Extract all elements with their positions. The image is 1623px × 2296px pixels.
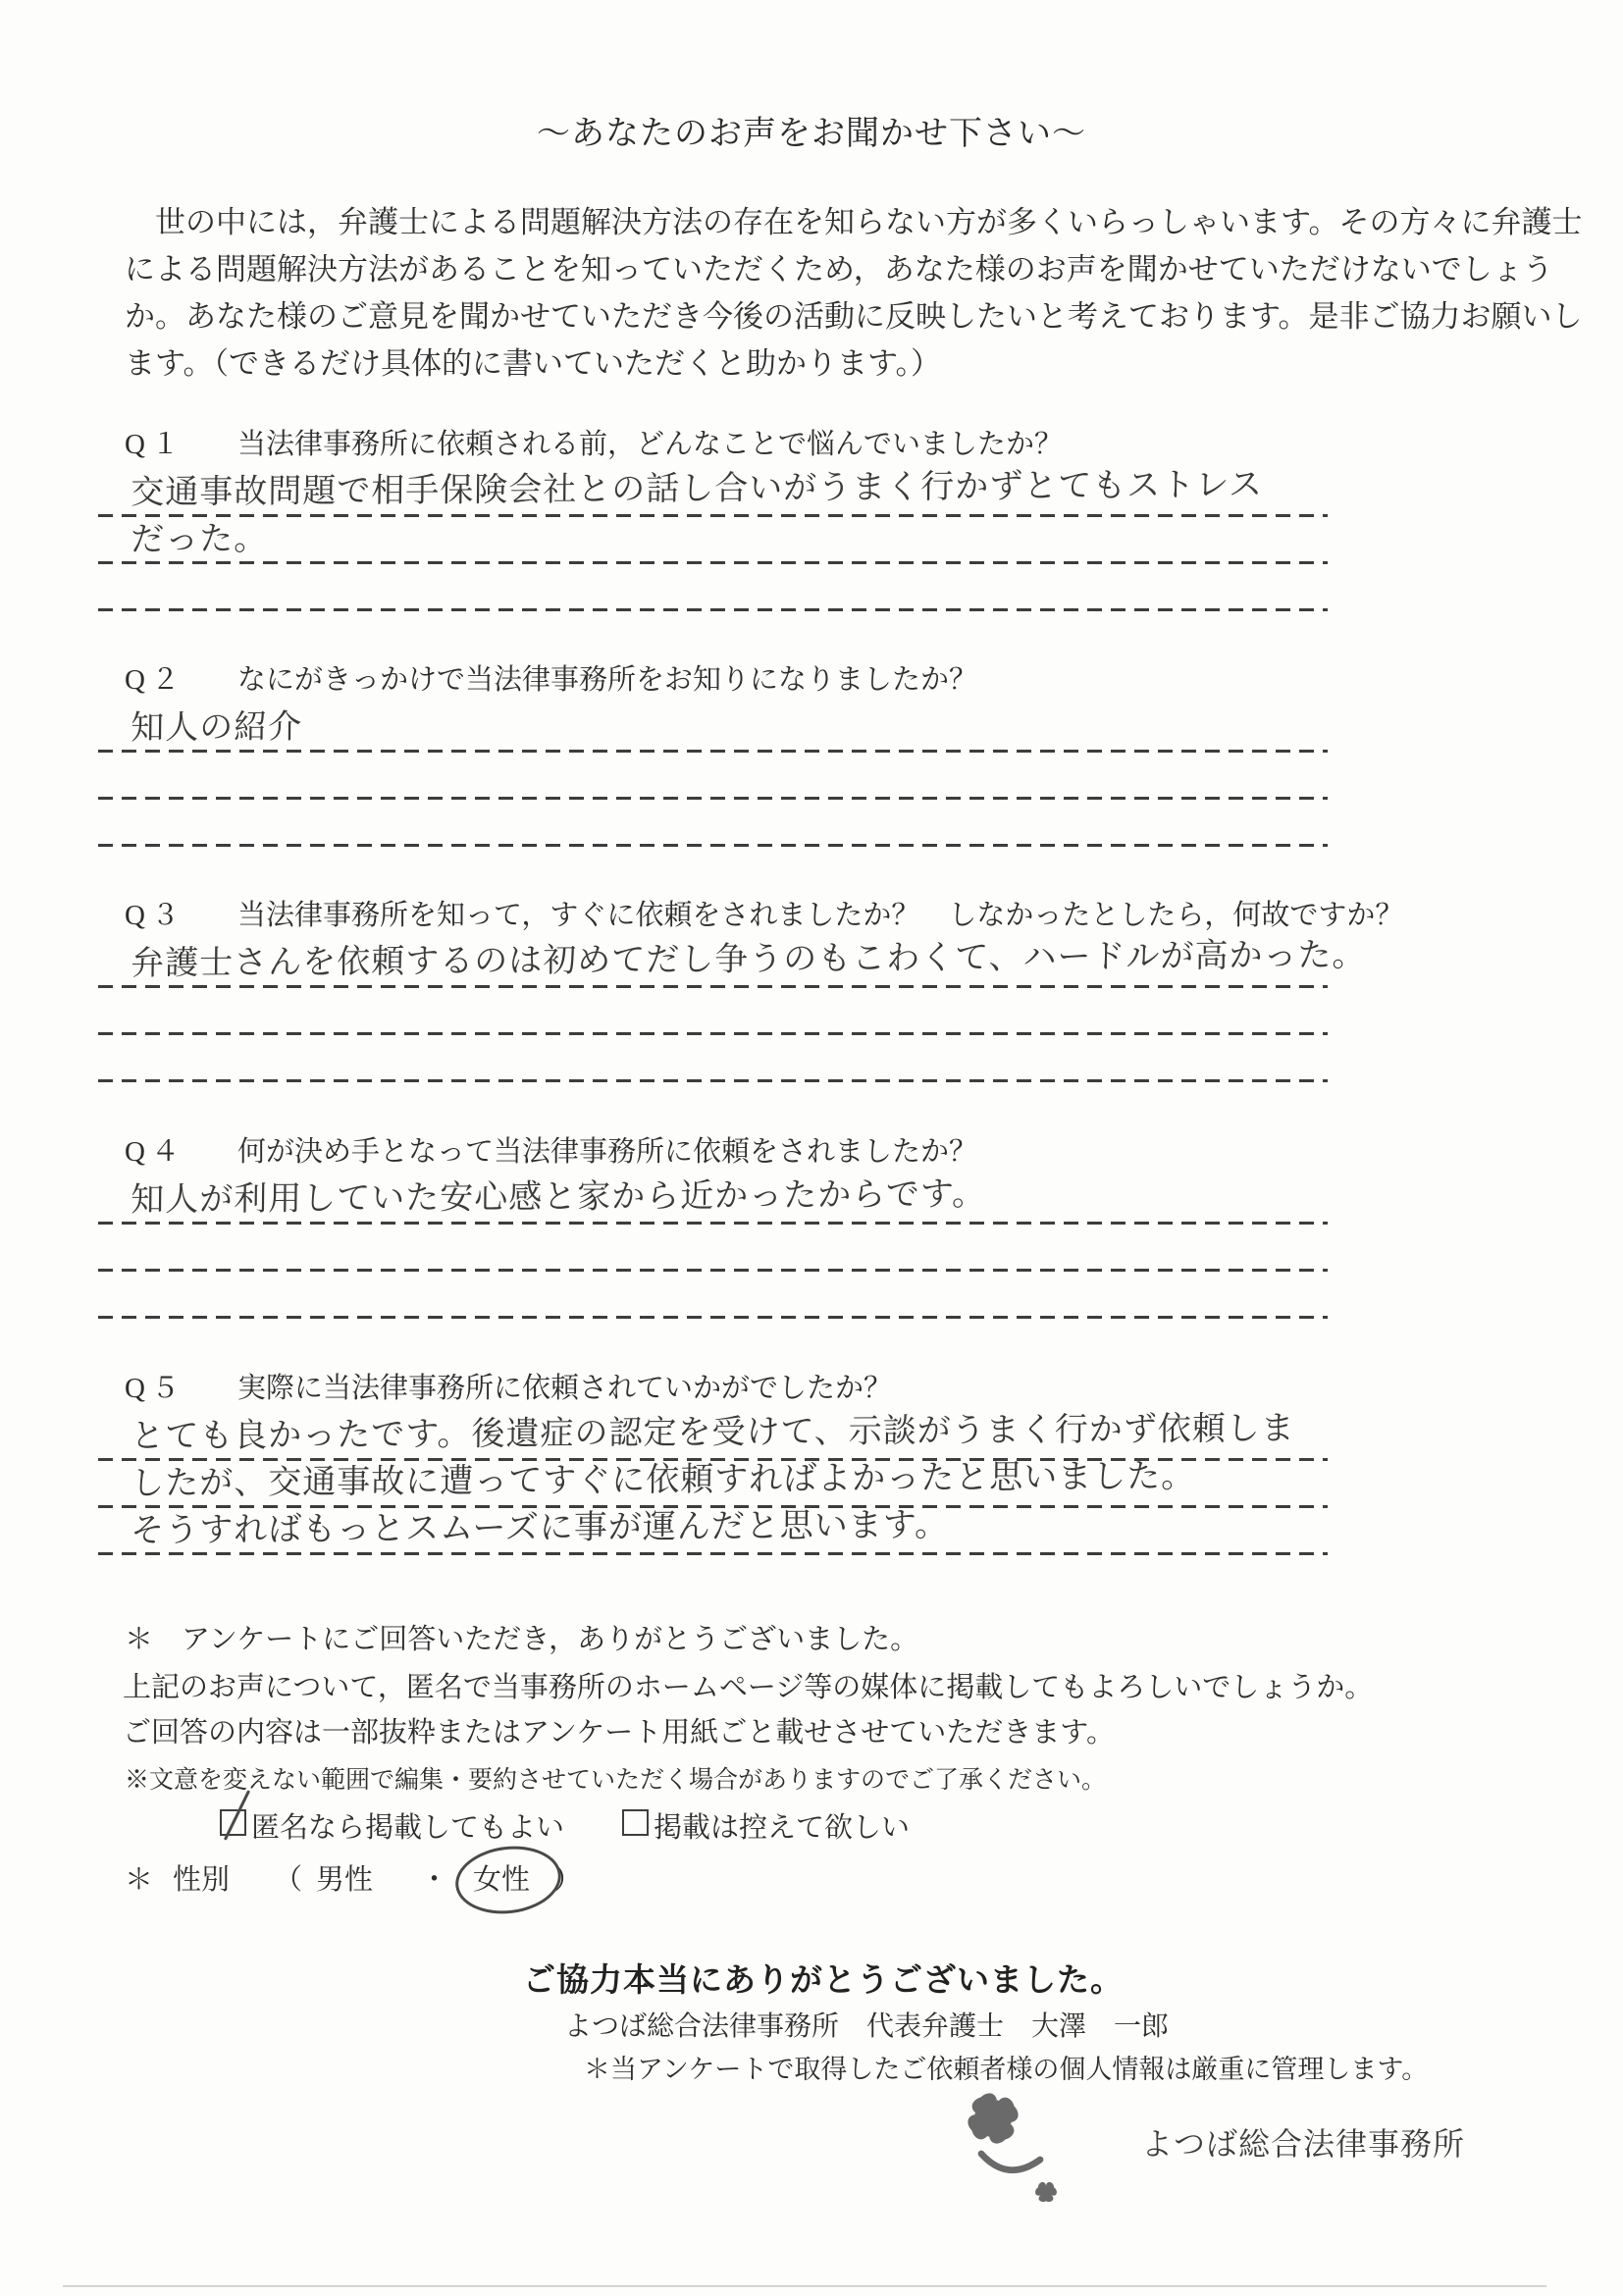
- closing-thanks: ご協力本当にありがとうございました。: [523, 1955, 1124, 2001]
- answer-line: 知人の紹介: [125, 705, 1577, 753]
- question-line: Q４何が決め手となって当法律事務所に依頼をされましたか？: [125, 1132, 1577, 1172]
- answer-area: 知人の紹介: [125, 705, 1577, 847]
- handwritten-answer: したが、交通事故に遭ってすぐに依頼すればよかったと思いました。: [131, 1448, 1195, 1504]
- question-block-q5: Q５実際に当法律事務所に依頼されていかがでしたか？ とても良かったです。後遺症の…: [125, 1369, 1577, 1555]
- dashed-answer-rule: [98, 1552, 1328, 1555]
- question-text: 何が決め手となって当法律事務所に依頼をされましたか？: [237, 1136, 977, 1168]
- handwritten-answer: そうすればもっとスムーズに事が運んだと思います。: [131, 1497, 949, 1551]
- intro-line: による問題解決方法があることを知っていただくため，あなた様のお声を聞かせていただ…: [125, 246, 1597, 293]
- gender-asterisk: ＊: [125, 1857, 153, 1898]
- question-number: Q３: [125, 896, 237, 935]
- intro-line: か。あなた様のご意見を聞かせていただき今後の活動に反映したいと考えております。是…: [125, 293, 1597, 340]
- intro-paragraph: 世の中には，弁護士による問題解決方法の存在を知らない方が多くいらっしゃいます。そ…: [125, 199, 1597, 388]
- question-line: Q１当法律事務所に依頼される前，どんなことで悩んでいましたか？: [125, 425, 1577, 464]
- answer-area: 知人が利用していた安心感と家から近かったからです。: [125, 1177, 1577, 1319]
- question-number: Q２: [125, 660, 237, 700]
- answer-line: [125, 1225, 1577, 1272]
- intro-line: 世の中には，弁護士による問題解決方法の存在を知らない方が多くいらっしゃいます。そ…: [125, 199, 1597, 246]
- answer-area: 交通事故問題で相手保険会社との話し合いがうまく行かずとてもストレス だった。: [125, 470, 1577, 611]
- survey-thanks-note: アンケートにご回答いただき，ありがとうございました。: [182, 1617, 918, 1657]
- answer-line: 弁護士さんを依頼するのは初めてだし争うのもこわくて、ハードルが高かった。: [125, 941, 1577, 988]
- answer-line: [125, 800, 1577, 847]
- intro-line: ます。（できるだけ具体的に書いていただくと助かります。）: [125, 340, 1597, 388]
- consent-option-allow-label: 匿名なら掲載してもよい: [251, 1805, 564, 1846]
- answer-line: 交通事故問題で相手保険会社との話し合いがうまく行かずとてもストレス: [125, 470, 1577, 517]
- publish-request-note: 上記のお声について，匿名で当事務所のホームページ等の媒体に掲載してもよろしいでし…: [123, 1665, 1373, 1705]
- dashed-answer-rule: [98, 608, 1328, 611]
- firm-signature: よつば総合法律事務所 代表弁護士 大澤 一郎: [564, 2005, 1169, 2044]
- handwritten-answer: 知人の紹介: [131, 700, 303, 749]
- answer-line: [125, 564, 1577, 611]
- answer-line: [125, 988, 1577, 1035]
- handwritten-answer: 知人が利用していた安心感と家から近かったからです。: [131, 1167, 986, 1221]
- question-number: Q４: [125, 1132, 237, 1172]
- note-asterisk: ＊: [125, 1617, 153, 1657]
- handwritten-answer: だった。: [131, 511, 269, 560]
- handwritten-answer: 弁護士さんを依頼するのは初めてだし争うのもこわくて、ハードルが高かった。: [131, 927, 1367, 984]
- question-text: 当法律事務所を知って，すぐに依頼をされましたか？ しなかったとしたら，何故ですか…: [237, 900, 1403, 931]
- question-text: 実際に当法律事務所に依頼されていかがでしたか？: [237, 1373, 892, 1404]
- question-text: なにがきっかけで当法律事務所をお知りになりましたか？: [237, 664, 977, 696]
- answer-line: [125, 1035, 1577, 1082]
- handwritten-answer: 交通事故問題で相手保険会社との話し合いがうまく行かずとてもストレス: [131, 457, 1263, 513]
- clover-logo-icon: [940, 2068, 1087, 2216]
- consent-option-deny-label: 掲載は控えて欲しい: [654, 1805, 910, 1846]
- answer-line: だった。: [125, 517, 1577, 564]
- question-text: 当法律事務所に依頼される前，どんなことで悩んでいましたか？: [237, 429, 1063, 460]
- gender-separator: ・: [420, 1857, 448, 1898]
- gender-label: 性別: [173, 1857, 230, 1898]
- question-block-q1: Q１当法律事務所に依頼される前，どんなことで悩んでいましたか？ 交通事故問題で相…: [125, 425, 1577, 611]
- answer-line: そうすればもっとスムーズに事が運んだと思います。: [125, 1508, 1577, 1555]
- checkbox-deny-icon: [622, 1809, 649, 1836]
- answer-line: [125, 753, 1577, 800]
- question-block-q3: Q３当法律事務所を知って，すぐに依頼をされましたか？ しなかったとしたら，何故で…: [125, 896, 1577, 1082]
- question-number: Q１: [125, 425, 237, 464]
- question-line: Q５実際に当法律事務所に依頼されていかがでしたか？: [125, 1369, 1577, 1408]
- question-block-q4: Q４何が決め手となって当法律事務所に依頼をされましたか？ 知人が利用していた安心…: [125, 1132, 1577, 1319]
- dashed-answer-rule: [98, 1316, 1328, 1319]
- answer-line: [125, 1272, 1577, 1319]
- publish-detail-note: ご回答の内容は一部抜粋またはアンケート用紙ごと載せさせていただきます。: [123, 1710, 1115, 1750]
- handwritten-selection-circle: [451, 1841, 564, 1920]
- gender-open-paren: （: [274, 1857, 302, 1898]
- gender-option-male: 男性: [316, 1857, 373, 1898]
- edit-disclaimer-note: ※文意を変えない範囲で編集・要約させていただく場合がありますのでご了承ください。: [125, 1760, 1106, 1796]
- question-block-q2: Q２なにがきっかけで当法律事務所をお知りになりましたか？ 知人の紹介: [125, 660, 1577, 847]
- answer-line: 知人が利用していた安心感と家から近かったからです。: [125, 1177, 1577, 1225]
- answer-area: 弁護士さんを依頼するのは初めてだし争うのもこわくて、ハードルが高かった。: [125, 941, 1577, 1082]
- question-number: Q５: [125, 1369, 237, 1408]
- answer-area: とても良かったです。後遺症の認定を受けて、示談がうまく行かず依頼しま したが、交…: [125, 1414, 1577, 1555]
- dashed-answer-rule: [98, 844, 1328, 847]
- scan-edge-line: [63, 2285, 1546, 2287]
- scanned-questionnaire-page: ～あなたのお声をお聞かせ下さい～ 世の中には，弁護士による問題解決方法の存在を知…: [0, 0, 1623, 2296]
- question-line: Q２なにがきっかけで当法律事務所をお知りになりましたか？: [125, 660, 1577, 700]
- dashed-answer-rule: [98, 1079, 1328, 1082]
- firm-logotype: よつば総合法律事務所: [1141, 2119, 1465, 2165]
- page-title: ～あなたのお声をお聞かせ下さい～: [0, 106, 1623, 154]
